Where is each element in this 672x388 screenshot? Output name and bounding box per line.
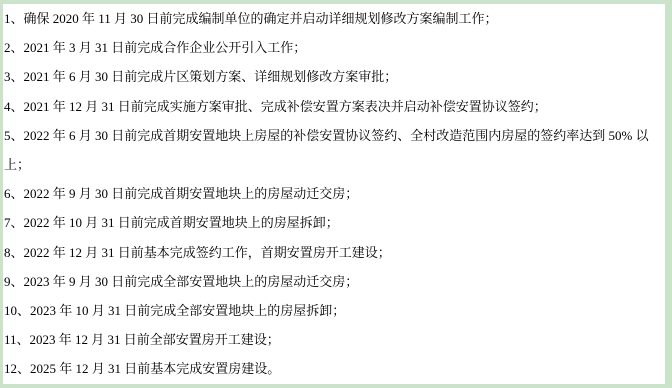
milestone-item: 12、2025 年 12 月 31 日前基本完成安置房建设。 [4, 354, 665, 383]
milestone-item: 8、2022 年 12 月 31 日前基本完成签约工作，首期安置房开工建设； [4, 238, 665, 267]
milestone-item: 9、2023 年 9 月 30 日前完成全部安置地块上的房屋动迁交房； [4, 267, 665, 296]
milestone-item: 5、2022 年 6 月 30 日前完成首期安置地块上房屋的补偿安置协议签约、全… [4, 121, 665, 179]
milestone-item: 6、2022 年 9 月 30 日前完成首期安置地块上的房屋动迁交房； [4, 179, 665, 208]
milestone-item: 1、确保 2020 年 11 月 30 日前完成编制单位的确定并启动详细规划修改… [4, 4, 665, 33]
milestone-item: 2、2021 年 3 月 31 日前完成合作企业公开引入工作； [4, 33, 665, 62]
milestone-item: 11、2023 年 12 月 31 日前全部安置房开工建设； [4, 325, 665, 354]
milestone-list: 1、确保 2020 年 11 月 30 日前完成编制单位的确定并启动详细规划修改… [3, 4, 665, 384]
milestone-item: 7、2022 年 10 月 31 日前完成首期安置地块上的房屋拆卸； [4, 208, 665, 237]
milestone-item: 10、2023 年 10 月 31 日前完成全部安置地块上的房屋拆卸； [4, 296, 665, 325]
document-page: 1、确保 2020 年 11 月 30 日前完成编制单位的确定并启动详细规划修改… [0, 0, 672, 388]
milestone-item: 3、2021 年 6 月 30 日前完成片区策划方案、详细规划修改方案审批； [4, 62, 665, 91]
milestone-item: 4、2021 年 12 月 31 日前完成实施方案审批、完成补偿安置方案表决并启… [4, 92, 665, 121]
